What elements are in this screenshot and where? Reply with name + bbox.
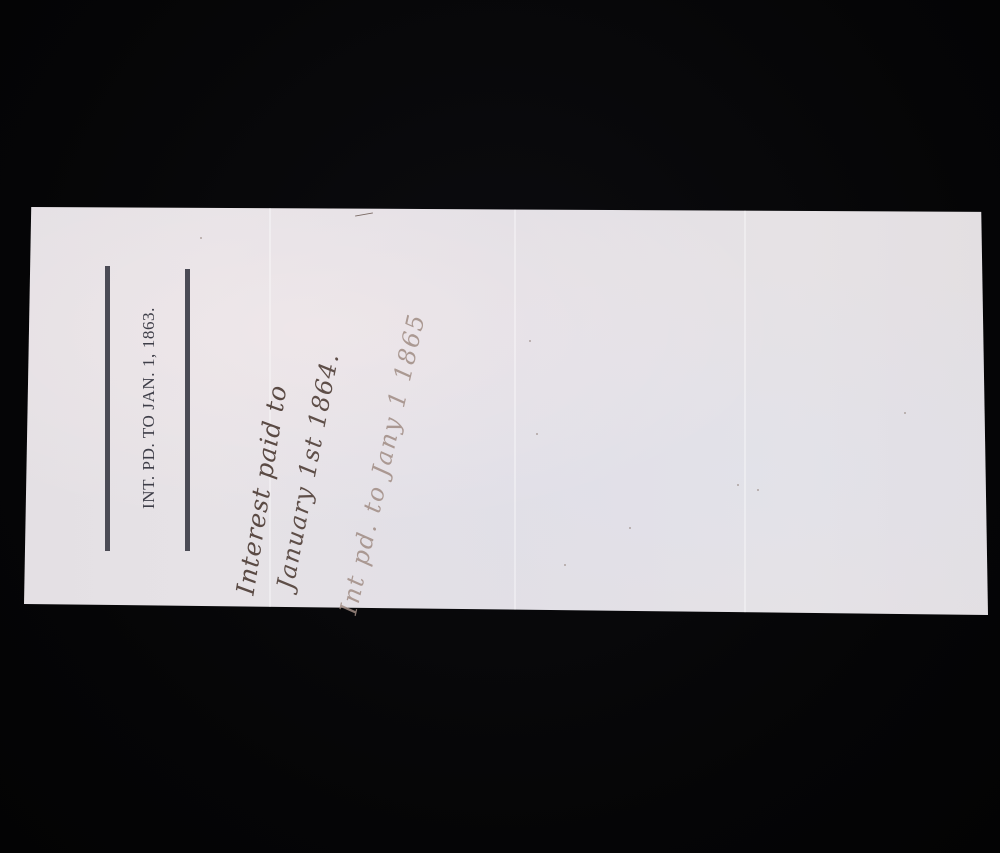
paper-speck <box>629 527 631 529</box>
stamp-rule-left <box>105 266 110 551</box>
photo-backdrop: INT. PD. TO JAN. 1, 1863. Interest paid … <box>0 0 1000 853</box>
paper-speck <box>200 237 202 239</box>
paper-speck <box>536 433 538 435</box>
paper-speck <box>757 489 759 491</box>
paper-speck <box>737 484 739 486</box>
paper-speck <box>564 564 566 566</box>
paper-fold-line <box>744 207 746 615</box>
paper-speck <box>904 412 906 414</box>
stamp-text: INT. PD. TO JAN. 1, 1863. <box>139 307 159 509</box>
printed-interest-stamp: INT. PD. TO JAN. 1, 1863. <box>105 266 193 551</box>
paper-fold-line <box>514 207 516 615</box>
stamp-rule-right <box>185 269 190 551</box>
paper-speck <box>529 340 531 342</box>
